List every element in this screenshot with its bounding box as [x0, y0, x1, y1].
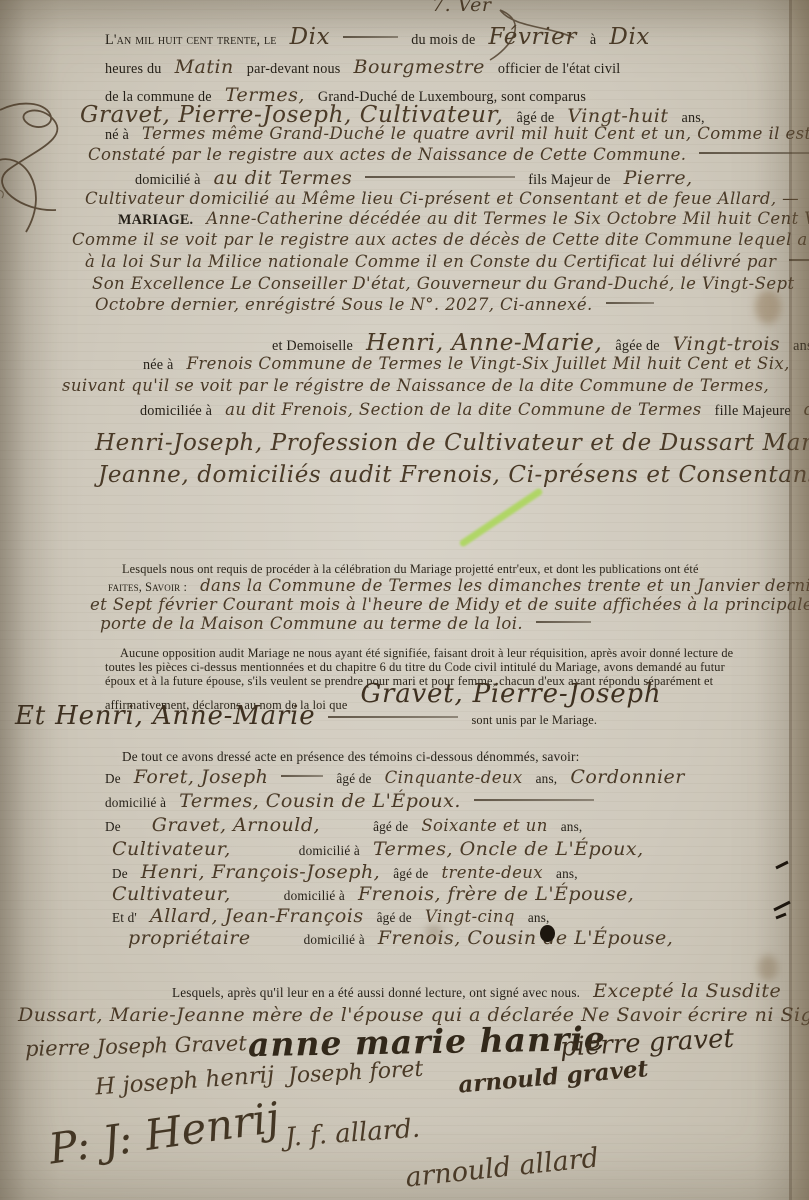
printed-domiciled: domicilié à — [135, 172, 201, 188]
line-union: Et Henri, Anne-Marie sont unis par le Ma… — [15, 701, 606, 731]
registration-number-text: Octobre dernier, enrégistré Sous le N°. … — [95, 295, 593, 314]
printed-years: ans, — [536, 771, 558, 786]
bride-name-declaration: Et Henri, Anne-Marie — [15, 701, 315, 731]
groom-birth-register: Constaté par le registre aux actes de Na… — [88, 145, 686, 164]
paper-stain — [425, 925, 443, 939]
line-witness-2b: Cultivateur, domicilié à Termes, Oncle d… — [112, 838, 653, 860]
printed-daughter-of: fille Majeure — [715, 403, 791, 419]
signature-arnould-allard: arnould allard — [404, 1141, 609, 1193]
fill-rule — [365, 176, 515, 178]
printed-domiciled: domicilié à — [299, 843, 360, 858]
line-witness-2: De Gravet, Arnould, âgé de Soixante et u… — [105, 814, 591, 836]
printed-aged: âgé de — [377, 910, 412, 925]
signature-pj-henrij: P: J: Henrij — [46, 1091, 291, 1173]
publications-hand-3: porte de la Maison Commune au terme de l… — [100, 614, 523, 633]
signature-pierre-joseph-gravet: pierre Joseph Gravet — [25, 1031, 256, 1061]
line-groom-birth: né à Termes même Grand-Duché le quatre a… — [105, 124, 809, 144]
groom-father-details: Cultivateur domicilié au Même lieu Ci-pr… — [85, 189, 799, 208]
fill-rule — [606, 302, 654, 304]
line-militia: à la loi Sur la Milice nationale Comme i… — [85, 252, 809, 272]
act-hour: Dix — [609, 24, 650, 50]
line-witness-3: De Henri, François-Joseph, âgé de trente… — [112, 861, 587, 883]
line-officer: heures du Matin par-devant nous Bourgmes… — [105, 56, 629, 78]
groom-mother-details: Anne-Catherine décédée au dit Termes le … — [206, 209, 809, 228]
bride-name: Henri, Anne-Marie, — [366, 330, 602, 356]
line-witness-3b: Cultivateur, domicilié à Frenois, frère … — [112, 883, 643, 905]
time-of-day: Matin — [175, 56, 234, 78]
line-witness-4: Et d' Allard, Jean-François âgé de Vingt… — [112, 905, 559, 927]
witness-2-profession: Cultivateur, — [112, 838, 231, 860]
printed-de: De — [112, 866, 128, 881]
printed-year: L'an mil huit cent trente, le — [105, 32, 277, 48]
line-witness-1: De Foret, Joseph âgé de Cinquante-deux a… — [105, 766, 694, 788]
witness-2-domicile: Termes, Oncle de L'Époux, — [373, 838, 644, 860]
act-day: Dix — [290, 24, 331, 50]
printed-de: De — [105, 819, 121, 834]
witness-3-profession: Cultivateur, — [112, 883, 231, 905]
united-by-marriage-printed: sont unis par le Mariage. — [471, 713, 597, 727]
ink-blot — [540, 925, 555, 942]
line-groom-domicile: domicilié à au dit Termes fils Majeur de… — [135, 167, 702, 189]
witness-3-age: trente-deux — [441, 863, 543, 882]
line-witness-4b: propriétaire domicilié à Frenois, Cousin… — [128, 927, 682, 949]
line-governor: Son Excellence Le Conseiller D'état, Gou… — [92, 274, 803, 294]
fill-rule — [474, 799, 594, 801]
printed-years: ans, — [528, 910, 550, 925]
bride-parents-1: Henri-Joseph, Profession de Cultivateur … — [95, 430, 809, 456]
printed-month-of: du mois de — [411, 32, 475, 48]
printed-born-at-f: née à — [143, 357, 174, 373]
line-publications-4: porte de la Maison Commune au terme de l… — [100, 614, 600, 634]
printed-aged: âgé de — [373, 819, 408, 834]
witness-3-name: Henri, François-Joseph, — [141, 861, 380, 883]
page-edge-band — [792, 0, 809, 1200]
publications-printed-2: faites, Savoir : — [108, 580, 187, 594]
witness-4-age: Vingt-cinq — [425, 907, 515, 926]
line-publications-2: faites, Savoir : dans la Commune de Term… — [108, 576, 809, 596]
line-groom-birth-2: Constaté par le registre aux actes de Na… — [88, 145, 809, 165]
line-publications-3: et Sept février Courant mois à l'heure d… — [90, 595, 809, 615]
witness-3-domicile: Frenois, frère de L'Épouse, — [358, 883, 634, 905]
line-groom-father: Cultivateur domicilié au Même lieu Ci-pr… — [85, 189, 808, 209]
governor-text: Son Excellence Le Conseiller D'état, Gou… — [92, 274, 794, 293]
line-bride-father: Henri-Joseph, Profession de Cultivateur … — [95, 430, 809, 456]
publications-hand-2: et Sept février Courant mois à l'heure d… — [90, 595, 809, 614]
bride-age: Vingt-trois — [673, 333, 780, 355]
printed-demoiselle: et Demoiselle — [272, 338, 353, 354]
green-highlight-streak — [458, 487, 543, 548]
bride-birth-details: Frenois Commune de Termes le Vingt-Six J… — [187, 354, 790, 373]
officer-title: Bourgmestre — [354, 56, 485, 78]
act-month: Février — [488, 24, 576, 50]
line-death-register: Comme il se voit par le registre aux act… — [72, 230, 809, 250]
line-bride-mother: Jeanne, domiciliés audit Frenois, Ci-pré… — [98, 462, 809, 488]
printed-et-d: Et d' — [112, 910, 137, 925]
printed-hours: heures du — [105, 61, 162, 77]
bride-parents-2: Jeanne, domiciliés audit Frenois, Ci-pré… — [98, 462, 809, 488]
signature-text: H joseph henrij — [94, 1062, 275, 1100]
printed-at: à — [590, 32, 597, 48]
witness-1-domicile: Termes, Cousin de L'Époux. — [179, 790, 461, 812]
printed-aged-f: âgée de — [615, 338, 659, 354]
margin-label-mariage: MARIAGE. — [118, 212, 193, 228]
groom-father-name: Pierre, — [624, 167, 693, 189]
witness-1-age: Cinquante-deux — [385, 768, 523, 787]
publications-dates: dans la Commune de Termes les dimanches … — [200, 576, 809, 595]
line-registration-number: Octobre dernier, enrégistré Sous le N°. … — [95, 295, 663, 315]
signature-text: J. f. allard. — [284, 1114, 421, 1153]
witness-intro-printed: De tout ce avons dressé acte en présence… — [122, 749, 579, 764]
signature-jf-allard: J. f. allard. — [284, 1113, 430, 1153]
printed-aged: âgé de — [393, 866, 428, 881]
groom-birth-details: Termes même Grand-Duché le quatre avril … — [142, 124, 809, 143]
bride-birth-register: suivant qu'il se voit par le régistre de… — [62, 376, 769, 395]
fill-rule — [328, 716, 458, 718]
witness-2-age: Soixante et un — [421, 816, 547, 835]
signature-text: pierre Joseph Gravet — [25, 1031, 247, 1061]
line-witness-1b: domicilié à Termes, Cousin de L'Époux. — [105, 790, 603, 812]
paper-stain — [755, 290, 781, 324]
signature-text: arnould allard — [404, 1142, 600, 1193]
printed-years: ans, — [561, 819, 583, 834]
signature-text: P: J: Henrij — [46, 1093, 283, 1174]
printed-domiciled-f: domiciliée à — [140, 403, 212, 419]
line-witness-intro: De tout ce avons dressé acte en présence… — [122, 748, 588, 766]
line-bride-domicile: domiciliée à au dit Frenois, Section de … — [140, 400, 809, 420]
publications-printed-1: Lesquels nous ont requis de procéder à l… — [122, 562, 699, 576]
line-bride: et Demoiselle Henri, Anne-Marie, âgée de… — [272, 330, 809, 356]
fill-rule — [343, 36, 398, 38]
fill-rule — [281, 775, 323, 777]
printed-aged: âgé de — [336, 771, 371, 786]
witness-4-profession: propriétaire — [128, 927, 251, 949]
witness-1-name: Foret, Joseph — [134, 766, 269, 788]
printed-civil-officer: officier de l'état civil — [498, 61, 621, 77]
closing-printed: Lesquels, après qu'il leur en a été auss… — [172, 985, 580, 1000]
closing-exception: Excepté la Susdite — [593, 980, 781, 1002]
printed-domiciled: domicilié à — [304, 932, 365, 947]
signature-arnould-gravet: arnould gravet — [457, 1054, 658, 1098]
ink-mark-icon — [772, 850, 796, 970]
witness-1-profession: Cordonnier — [570, 766, 685, 788]
bride-domicile: au dit Frenois, Section de la dite Commu… — [225, 400, 702, 419]
scanned-marriage-act-page: 7. Ver L'an mil huit cent trente, le Dix… — [0, 0, 809, 1200]
line-groom-mother: MARIAGE. Anne-Catherine décédée au dit T… — [118, 209, 809, 229]
witness-4-domicile: Frenois, Cousin de L'Épouse, — [378, 927, 673, 949]
line-closing: Lesquels, après qu'il leur en a été auss… — [172, 980, 790, 1002]
printed-domiciled: domicilié à — [105, 795, 166, 810]
militia-text: à la loi Sur la Milice nationale Comme i… — [85, 252, 776, 271]
witness-2-name: Gravet, Arnould, — [152, 814, 320, 836]
printed-domiciled: domicilié à — [284, 888, 345, 903]
printed-de: De — [105, 771, 121, 786]
printed-son-of: fils Majeur de — [528, 172, 610, 188]
line-bride-birth: née à Frenois Commune de Termes le Vingt… — [143, 354, 799, 374]
fill-rule — [536, 621, 591, 623]
signature-text: arnould gravet — [457, 1055, 649, 1098]
line-bride-register: suivant qu'il se voit par le régistre de… — [62, 376, 778, 396]
witness-4-name: Allard, Jean-François — [150, 905, 364, 927]
groom-domicile: au dit Termes — [214, 167, 353, 189]
printed-years: ans, — [556, 866, 578, 881]
line-act-date: L'an mil huit cent trente, le Dix du moi… — [105, 24, 659, 50]
death-register-text: Comme il se voit par le registre aux act… — [72, 230, 809, 249]
printed-before-us: par-devant nous — [247, 61, 341, 77]
printed-born-at: né à — [105, 127, 129, 143]
